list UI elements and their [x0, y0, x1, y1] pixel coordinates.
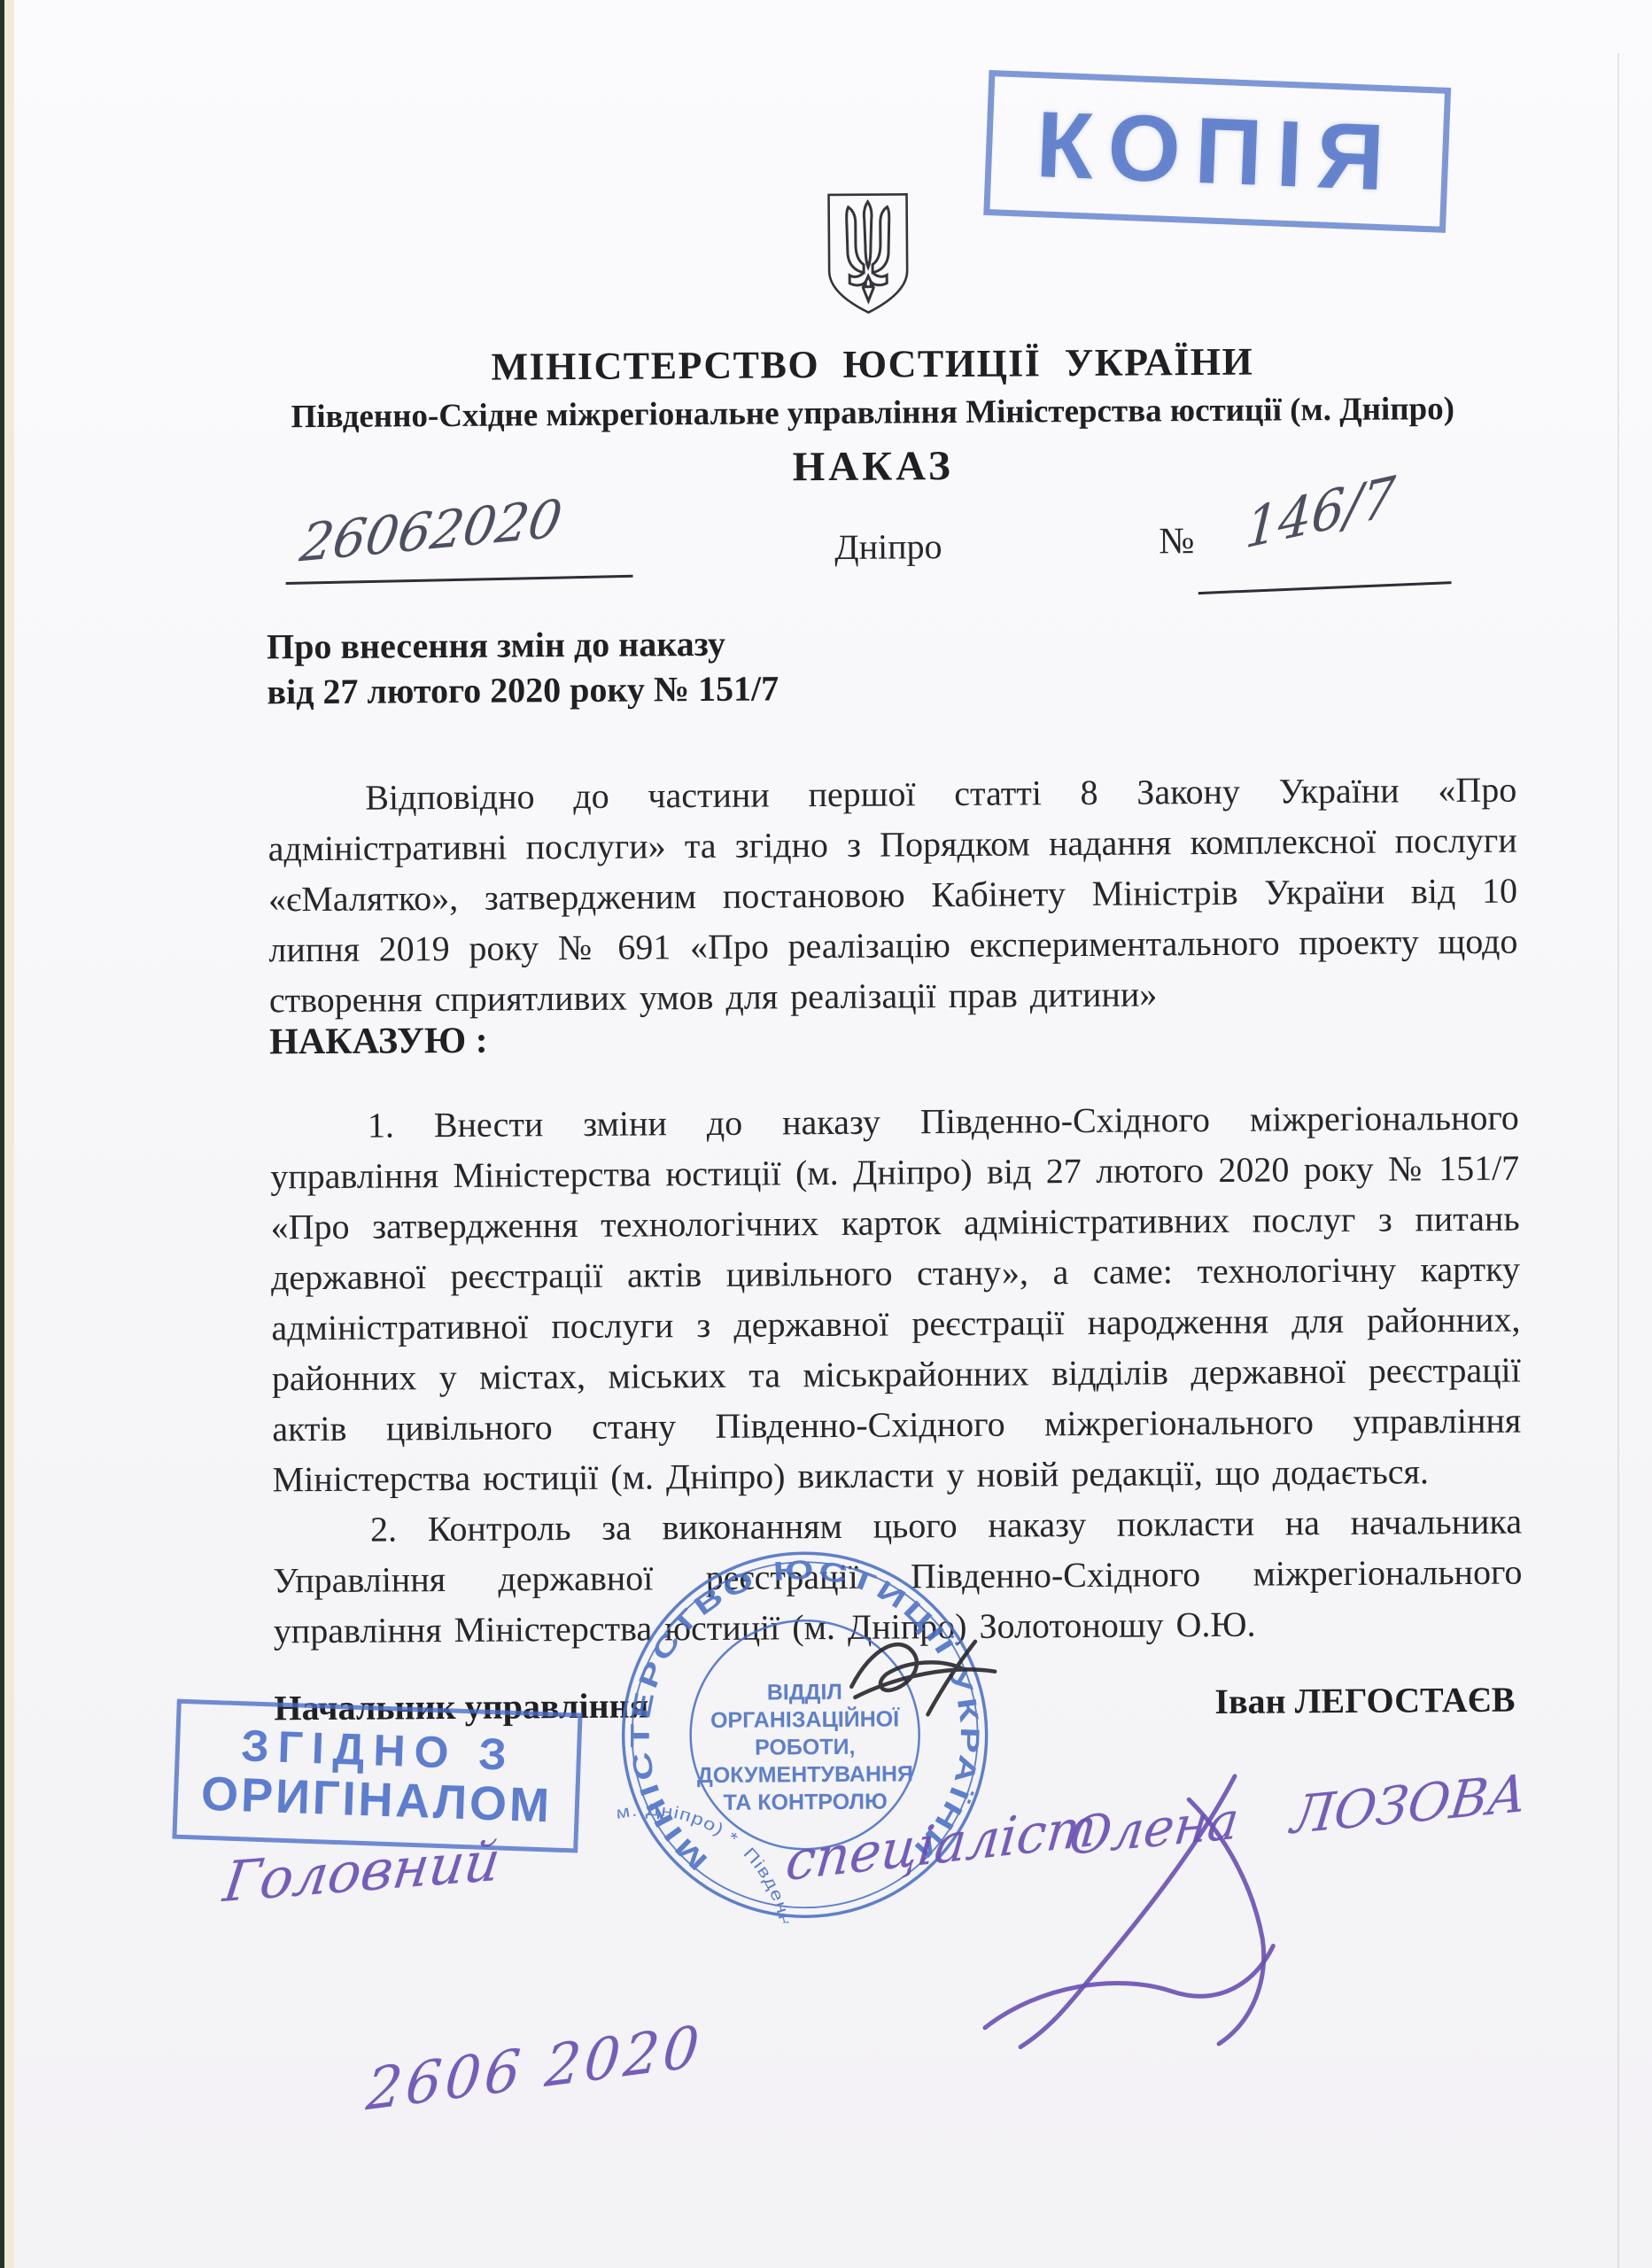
order-word: НАКАЗУЮ : [269, 1020, 488, 1064]
ukraine-trident-emblem [821, 189, 914, 317]
round-stamp-middle-text: Південно-Східне міжрегіональне управлінн… [616, 1800, 798, 1924]
document-header: МІНІСТЕРСТВО ЮСТИЦІЇ УКРАЇНИ Південно-Сх… [120, 337, 1626, 496]
order-item-1: 1. Внести зміни до наказу Південно-Східн… [270, 1092, 1522, 1505]
certified-copy-stamp: ЗГІДНО З ОРИГІНАЛОМ [172, 1699, 582, 1853]
svg-text:Південно-Східне міжрегіональне: Південно-Східне міжрегіональне управлінн… [616, 1800, 798, 1924]
round-stamp-center-line-1: ВІДДІЛ [767, 1680, 842, 1705]
date-underline [286, 575, 633, 585]
chief-signature-ink [842, 1628, 1029, 1731]
intro-paragraph: Відповідно до частини першої статті 8 За… [268, 765, 1518, 1026]
certified-copy-line-2: ОРИГІНАЛОМ [200, 1768, 553, 1832]
subject-line-1: Про внесення змін до наказу [267, 620, 779, 669]
round-stamp-center-line-5: ТА КОНТРОЛЮ [723, 1790, 887, 1815]
document-content: КОПІЯ МІНІСТЕРСТВО ЮСТИЦІЇ УКРАЇНИ Півде… [0, 0, 1652, 2268]
signer-name: Іван ЛЕГОСТАЄВ [1214, 1679, 1515, 1722]
copy-stamp-label: КОПІЯ [1035, 91, 1400, 213]
scanned-document-page: КОПІЯ МІНІСТЕРСТВО ЮСТИЦІЇ УКРАЇНИ Півде… [0, 0, 1652, 2268]
purple-signature-flourish [967, 1761, 1297, 2070]
document-type-title: НАКАЗ [120, 438, 1626, 496]
subject-line-2: від 27 лютого 2020 року № 151/7 [267, 665, 779, 714]
handwritten-date: 26062020 [297, 488, 566, 574]
round-stamp-center-line-4: ДОКУМЕНТУВАННЯ [697, 1761, 913, 1788]
intro-paragraph-wrap: Відповідно до частини першої статті 8 За… [268, 765, 1518, 1026]
ministry-title: МІНІСТЕРСТВО ЮСТИЦІЇ УКРАЇНИ [120, 337, 1625, 392]
handwritten-date-note: 2606 2020 [364, 2014, 705, 2124]
round-stamp-center-line-3: РОБОТИ, [755, 1735, 856, 1760]
city-label: Дніпро [834, 525, 942, 568]
number-underline [1198, 581, 1452, 594]
number-sign: № [1159, 520, 1194, 563]
subject-block: Про внесення змін до наказу від 27 лютог… [267, 620, 779, 714]
copy-stamp: КОПІЯ [983, 70, 1451, 233]
department-title: Південно-Східне міжрегіональне управлінн… [120, 389, 1625, 438]
